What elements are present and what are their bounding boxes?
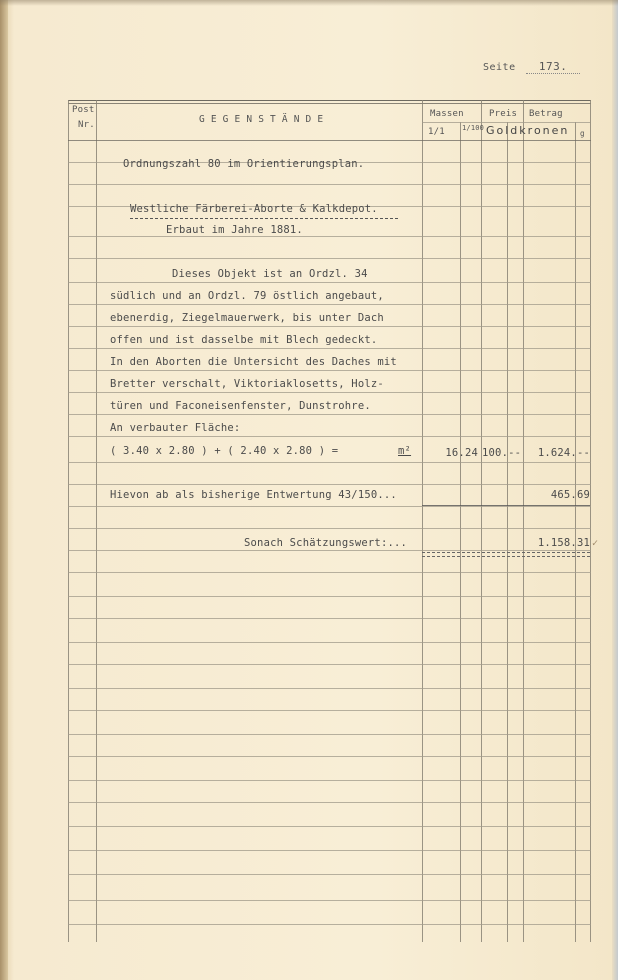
row-line (68, 436, 591, 437)
row-line (68, 802, 591, 803)
book-spine (0, 0, 8, 980)
area-massen-value: 16.24 (434, 447, 478, 459)
page-shadow (0, 0, 618, 6)
ledger-page: Seite 173. (0, 0, 618, 980)
description-line: Dieses Objekt ist an Ordzl. 34 (172, 268, 368, 280)
row-line (68, 900, 591, 901)
table-top-border (68, 100, 591, 104)
page-edge (612, 0, 618, 980)
row-line (68, 304, 591, 305)
row-line (68, 326, 591, 327)
row-line (68, 780, 591, 781)
header-heller: g (580, 129, 585, 138)
valuation-label: Sonach Schätzungswert:... (244, 537, 407, 549)
header-massen: Massen (430, 109, 464, 119)
preis-divider (523, 100, 524, 942)
row-line (68, 258, 591, 259)
header-betrag: Betrag (529, 109, 563, 119)
row-line (68, 756, 591, 757)
row-line (68, 348, 591, 349)
row-line (68, 484, 591, 485)
row-line (68, 710, 591, 711)
description-line: An verbauter Fläche: (110, 422, 240, 434)
row-line (68, 850, 591, 851)
row-line (68, 282, 591, 283)
row-line (68, 924, 591, 925)
row-line (68, 528, 591, 529)
row-line (68, 462, 591, 463)
row-line (68, 688, 591, 689)
ordnungszahl-text: Ordnungszahl 80 im Orientierungsplan. (123, 158, 364, 170)
row-line (68, 596, 591, 597)
description-line: türen und Faconeisenfenster, Dunstrohre. (110, 400, 371, 412)
area-betrag-value: 1.624.-- (524, 447, 590, 459)
subtraction-line (422, 505, 590, 506)
table-right-border (590, 100, 591, 942)
header-bottom-line (68, 140, 591, 141)
header-gegenstaende: G E G E N S T Ä N D E (199, 114, 323, 125)
object-title: Westliche Färberei-Aborte & Kalkdepot. (130, 203, 378, 215)
description-line: ebenerdig, Ziegelmauerwerk, bis unter Da… (110, 312, 384, 324)
table-left-border (68, 100, 69, 942)
row-line (68, 370, 591, 371)
page-number-value: 173. (526, 60, 580, 74)
erbaut-text: Erbaut im Jahre 1881. (166, 224, 303, 236)
header-preis: Preis (489, 109, 517, 119)
description-line: südlich und an Ordzl. 79 östlich angebau… (110, 290, 384, 302)
betrag-sub-divider (575, 122, 576, 942)
header-massen-fraction: 1/100 (462, 124, 484, 132)
total-double-underline (422, 552, 590, 557)
valuation-value: 1.158.31 (524, 537, 590, 549)
header-post: Post (72, 105, 94, 115)
check-mark: ✓ (592, 538, 598, 549)
depreciation-label: Hievon ab als bisherige Entwertung 43/15… (110, 489, 397, 501)
page-number: Seite 173. (483, 60, 580, 74)
header-massen-whole: 1/1 (428, 127, 445, 137)
area-unit: m² (398, 445, 411, 457)
ledger-table: Post Nr. G E G E N S T Ä N D E Massen 1/… (68, 100, 591, 942)
row-line (68, 392, 591, 393)
row-line (68, 236, 591, 237)
row-line (68, 734, 591, 735)
title-underline (130, 218, 398, 219)
depreciation-value: 465.69 (524, 489, 590, 501)
row-line (68, 414, 591, 415)
gegenstaende-divider (422, 100, 423, 942)
header-mid-line (422, 122, 590, 123)
massen-sub-divider (460, 122, 461, 942)
description-line: Bretter verschalt, Viktoriaklosetts, Hol… (110, 378, 384, 390)
row-line (68, 550, 591, 551)
row-line (68, 572, 591, 573)
row-line (68, 874, 591, 875)
description-line: offen und ist dasselbe mit Blech gedeckt… (110, 334, 377, 346)
massen-divider (481, 100, 482, 942)
row-line (68, 506, 591, 507)
description-line: In den Aborten die Untersicht des Daches… (110, 356, 397, 368)
header-nr: Nr. (78, 120, 95, 130)
area-formula: ( 3.40 x 2.80 ) + ( 2.40 x 2.80 ) = (110, 445, 338, 457)
row-line (68, 826, 591, 827)
header-currency: Goldkronen (486, 124, 569, 137)
post-nr-divider (96, 100, 97, 942)
area-preis-value: 100.-- (482, 447, 521, 459)
page-number-label: Seite (483, 62, 516, 73)
preis-sub-divider (507, 122, 508, 942)
row-line (68, 642, 591, 643)
row-line (68, 664, 591, 665)
row-line (68, 618, 591, 619)
row-line (68, 184, 591, 185)
